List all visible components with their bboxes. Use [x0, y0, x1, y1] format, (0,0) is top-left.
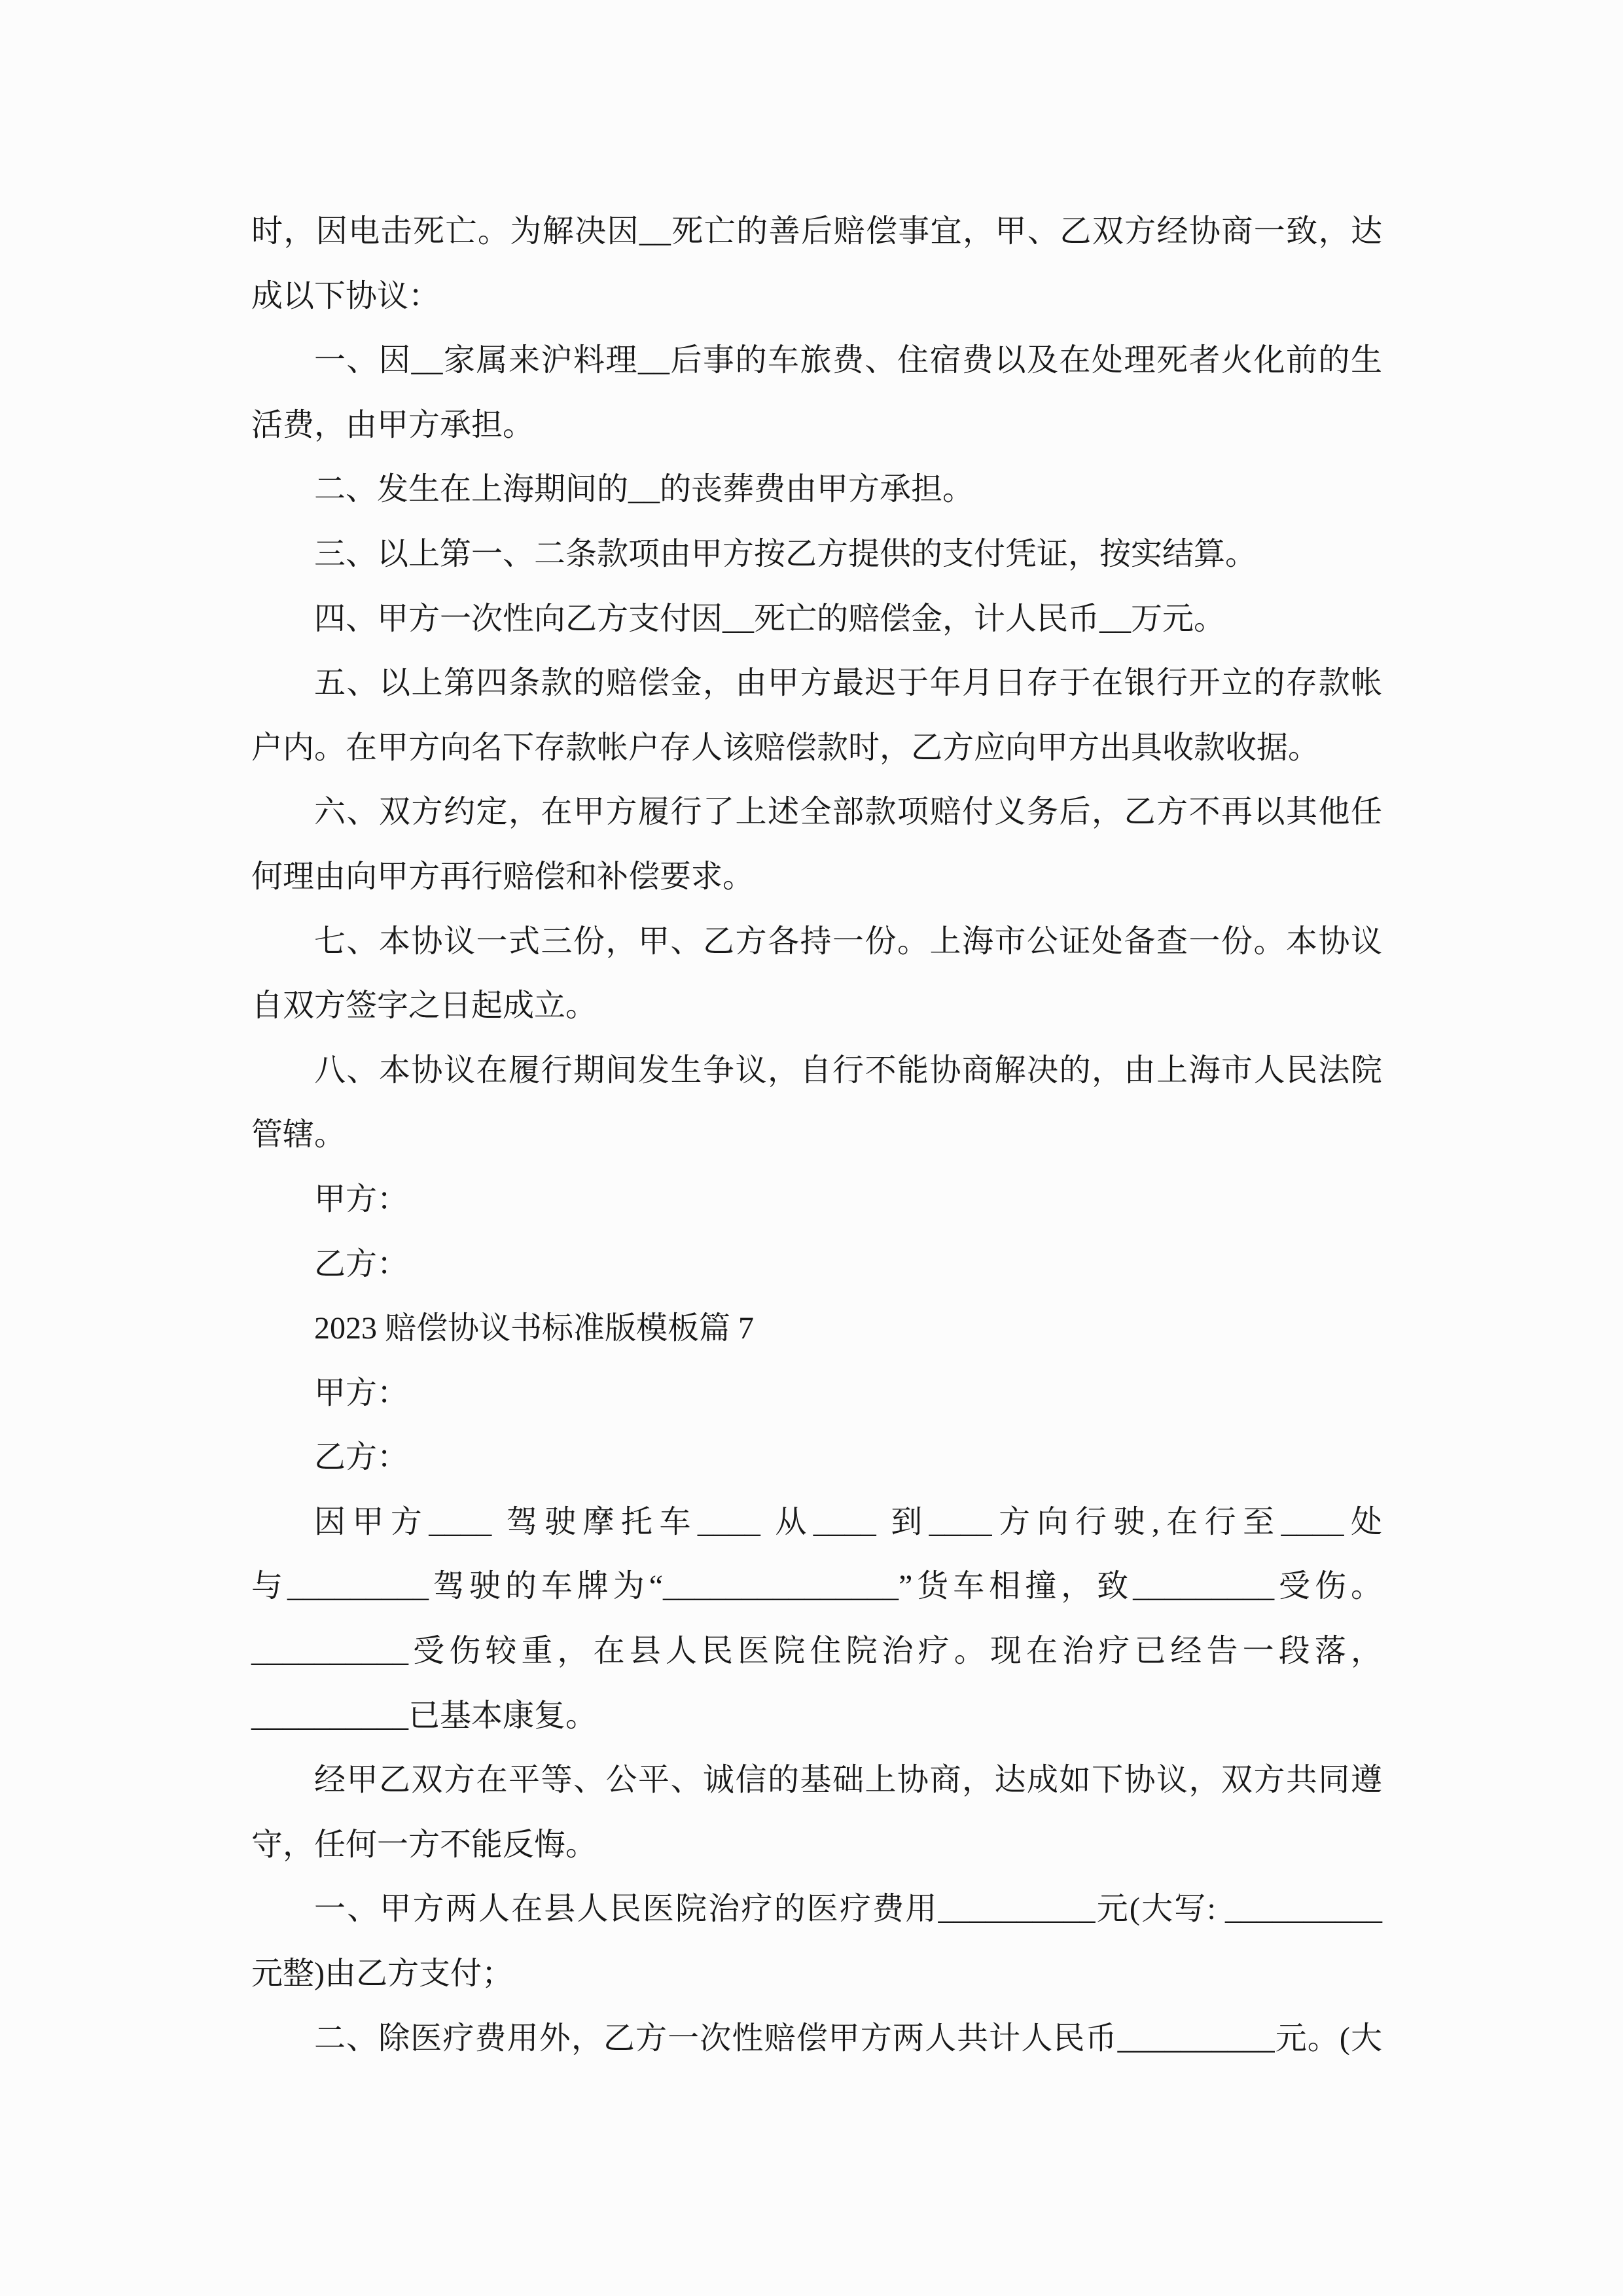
text-line: 管辖。: [251, 1103, 1382, 1168]
text-line: 四、甲方一次性向乙方支付因__死亡的赔偿金，计人民币__万元。: [251, 587, 1382, 652]
text-line: 户内。在甲方向名下存款帐户存人该赔偿款时，乙方应向甲方出具收款收据。: [251, 716, 1382, 781]
text-line: 八、本协议在履行期间发生争议，自行不能协商解决的，由上海市人民法院: [251, 1039, 1382, 1103]
text-line: 与_________驾驶的车牌为“_______________”货车相撞，致_…: [251, 1554, 1382, 1619]
text-line: 2023 赔偿协议书标准版模板篇 7: [251, 1297, 1382, 1361]
text-line: 一、甲方两人在县人民医院治疗的医疗费用__________元(大写: _____…: [251, 1877, 1382, 1942]
document-page: 时，因电击死亡。为解决因__死亡的善后赔偿事宜，甲、乙双方经协商一致，达成以下协…: [0, 0, 1623, 2296]
text-line: 活费，由甲方承担。: [251, 393, 1382, 458]
text-line: 乙方：: [251, 1426, 1382, 1490]
text-line: 六、双方约定，在甲方履行了上述全部款项赔付义务后，乙方不再以其他任: [251, 780, 1382, 845]
text-line: 因甲方____ 驾驶摩托车____ 从____ 到____方向行驶,在行至___…: [251, 1490, 1382, 1555]
text-line: 守，任何一方不能反悔。: [251, 1813, 1382, 1878]
text-line: 二、发生在上海期间的__的丧葬费由甲方承担。: [251, 457, 1382, 522]
text-line: 五、以上第四条款的赔偿金，由甲方最迟于年月日存于在银行开立的存款帐: [251, 651, 1382, 716]
text-line: 自双方签字之日起成立。: [251, 974, 1382, 1039]
text-line: 何理由向甲方再行赔偿和补偿要求。: [251, 845, 1382, 910]
text-line: __________受伤较重，在县人民医院住院治疗。现在治疗已经告一段落，: [251, 1619, 1382, 1684]
text-line: 三、以上第一、二条款项由甲方按乙方提供的支付凭证，按实结算。: [251, 522, 1382, 587]
text-line: 七、本协议一式三份，甲、乙方各持一份。上海市公证处备查一份。本协议: [251, 910, 1382, 975]
text-line: 元整)由乙方支付；: [251, 1942, 1382, 2007]
text-line: 时，因电击死亡。为解决因__死亡的善后赔偿事宜，甲、乙双方经协商一致，达: [251, 200, 1382, 264]
text-line: __________已基本康复。: [251, 1684, 1382, 1749]
text-line: 乙方：: [251, 1232, 1382, 1297]
text-line: 经甲乙双方在平等、公平、诚信的基础上协商，达成如下协议，双方共同遵: [251, 1748, 1382, 1813]
text-line: 二、除医疗费用外，乙方一次性赔偿甲方两人共计人民币__________元。(大: [251, 2007, 1382, 2072]
text-line: 甲方：: [251, 1361, 1382, 1426]
text-line: 甲方：: [251, 1168, 1382, 1232]
text-line: 一、因__家属来沪料理__后事的车旅费、住宿费以及在处理死者火化前的生: [251, 329, 1382, 393]
text-line: 成以下协议：: [251, 264, 1382, 329]
agreement-text-block: 时，因电击死亡。为解决因__死亡的善后赔偿事宜，甲、乙双方经协商一致，达成以下协…: [251, 200, 1382, 2071]
